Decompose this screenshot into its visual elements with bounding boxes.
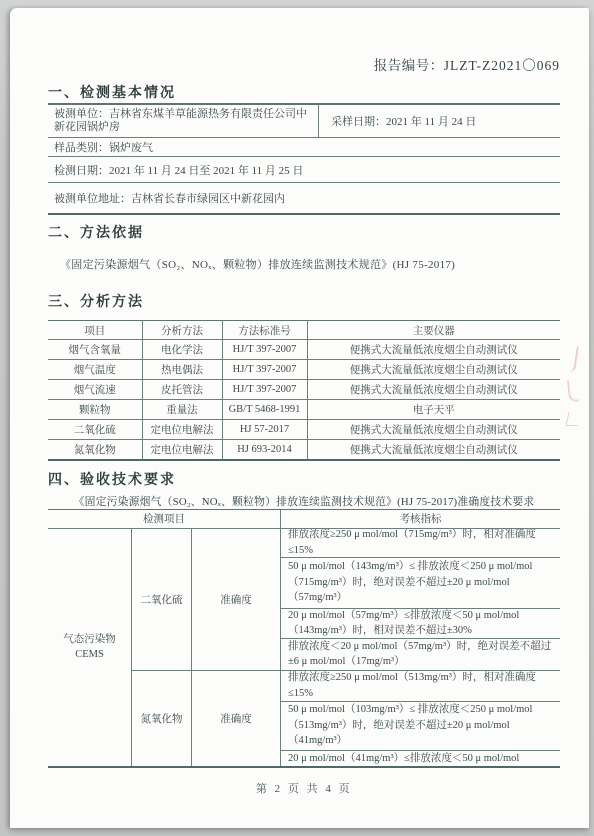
cell-standard: HJ/T 397-2007 xyxy=(222,340,307,360)
col-header-standard: 方法标准号 xyxy=(222,321,307,340)
tested-unit-label: 被测单位： xyxy=(54,108,109,120)
unit-address-label: 被测单位地址： xyxy=(54,190,131,206)
section-1-title: 一、检测基本情况 xyxy=(48,82,560,100)
cell-item: 二氧化硫 xyxy=(48,420,142,440)
scanned-report-page: { "page": { "report_no_label": "报告编号：", … xyxy=(0,0,594,836)
col-header-index: 考核指标 xyxy=(281,510,560,528)
sample-type-value: 锅炉废气 xyxy=(109,139,153,155)
sampling-date-label: 采样日期： xyxy=(331,113,386,129)
cell-item: 烟气温度 xyxy=(48,360,142,380)
table-header-row: 检测项目 考核指标 xyxy=(48,510,560,529)
table-body: 气态污染物 CEMS 二氧化硫 准确度 排放浓度≥250 μ mol/mol（7… xyxy=(48,529,560,766)
nox-metric-cell: 准确度 xyxy=(192,671,281,766)
section-3-title: 三、分析方法 xyxy=(48,291,560,309)
cell-method: 重量法 xyxy=(142,400,222,420)
cell-method: 皮托管法 xyxy=(142,380,222,400)
group-label-line2: CEMS xyxy=(75,647,104,662)
analysis-method-table: 项目 分析方法 方法标准号 主要仪器 烟气含氧量 电化学法 HJ/T 397-2… xyxy=(48,320,560,461)
report-number-line: 报告编号：JLZT-Z2021〇069 xyxy=(48,54,560,72)
cell-instrument: 便携式大流量低浓度烟尘自动测试仪 xyxy=(307,380,560,400)
section-2-title: 二、方法依据 xyxy=(48,222,560,240)
unit-address-value: 吉林省长春市绿园区中新花园内 xyxy=(131,190,285,206)
sampling-date-value: 2021 年 11 月 24 日 xyxy=(386,113,476,129)
cell-standard: HJ 57-2017 xyxy=(222,420,307,440)
acceptance-table: 检测项目 考核指标 气态污染物 CEMS 二氧化硫 准确度 排放浓度≥250 μ… xyxy=(48,509,560,768)
red-margin-mark xyxy=(568,346,579,373)
cell-instrument: 便携式大流量低浓度烟尘自动测试仪 xyxy=(307,340,560,360)
document-page: 报告编号：JLZT-Z2021〇069 一、检测基本情况 被测单位：吉林省东煤羊… xyxy=(10,8,589,828)
cell-standard: HJ 693-2014 xyxy=(222,440,307,460)
so2-criteria: 排放浓度≥250 μ mol/mol（715mg/m³）时，相对准确度≤15% … xyxy=(281,529,560,670)
pollutant-group-cell: 气态污染物 CEMS xyxy=(48,529,132,766)
cell-method: 定电位电解法 xyxy=(142,420,222,440)
red-margin-mark xyxy=(566,412,581,426)
tested-unit-cell: 被测单位：吉林省东煤羊草能源热务有限责任公司中新花园锅炉房 xyxy=(48,106,318,137)
table-row: 被测单位地址：吉林省长春市绿园区中新花园内 xyxy=(48,183,560,213)
test-date-value: 2021 年 11 月 24 日至 2021 年 11 月 25 日 xyxy=(109,162,303,178)
col-header-item: 项目 xyxy=(48,321,142,340)
basic-info-table: 被测单位：吉林省东煤羊草能源热务有限责任公司中新花园锅炉房 采样日期：2021 … xyxy=(48,103,560,215)
group-rows: 二氧化硫 准确度 排放浓度≥250 μ mol/mol（715mg/m³）时，相… xyxy=(132,529,560,766)
cell-standard: HJ/T 397-2007 xyxy=(222,360,307,380)
cell-standard: HJ/T 397-2007 xyxy=(222,380,307,400)
criterion-cell: 20 μ mol/mol（57mg/m³）≤排放浓度＜50 μ mol/mol（… xyxy=(281,609,560,639)
cell-instrument: 便携式大流量低浓度烟尘自动测试仪 xyxy=(307,420,560,440)
sample-type-label: 样品类别： xyxy=(54,139,109,155)
nox-group-row: 氮氧化物 准确度 排放浓度≥250 μ mol/mol（513mg/m³）时，相… xyxy=(132,671,560,766)
cell-method: 电化学法 xyxy=(142,340,222,360)
so2-metric-cell: 准确度 xyxy=(192,529,281,670)
cell-item: 氮氧化物 xyxy=(48,440,142,460)
table-row: 烟气流速 皮托管法 HJ/T 397-2007 便携式大流量低浓度烟尘自动测试仪 xyxy=(48,380,560,400)
col-header-instrument: 主要仪器 xyxy=(307,321,560,340)
col-header-method: 分析方法 xyxy=(142,321,222,340)
report-number-label: 报告编号： xyxy=(374,58,444,73)
table-row: 烟气含氧量 电化学法 HJ/T 397-2007 便携式大流量低浓度烟尘自动测试… xyxy=(48,340,560,360)
cell-item: 烟气流速 xyxy=(48,380,142,400)
table-header-row: 项目 分析方法 方法标准号 主要仪器 xyxy=(48,321,560,340)
cell-instrument: 电子天平 xyxy=(307,400,560,420)
criterion-cell: 排放浓度≥250 μ mol/mol（715mg/m³）时，相对准确度≤15% xyxy=(281,529,560,558)
acceptance-subtitle: 《固定污染源烟气（SO₂、NOₓ、颗粒物）排放连续监测技术规范》(HJ 75-2… xyxy=(48,494,560,508)
cell-item: 烟气含氧量 xyxy=(48,340,142,360)
nox-criteria: 排放浓度≥250 μ mol/mol（513mg/m³）时，相对准确度≤15% … xyxy=(281,671,560,766)
cell-method: 热电偶法 xyxy=(142,360,222,380)
sampling-date-cell: 采样日期：2021 年 11 月 24 日 xyxy=(318,105,560,137)
table-row: 被测单位：吉林省东煤羊草能源热务有限责任公司中新花园锅炉房 采样日期：2021 … xyxy=(48,105,560,138)
table-row: 二氧化硫 定电位电解法 HJ 57-2017 便携式大流量低浓度烟尘自动测试仪 xyxy=(48,420,560,440)
so2-name-cell: 二氧化硫 xyxy=(132,529,192,670)
test-date-label: 检测日期： xyxy=(54,162,109,178)
nox-name-cell: 氮氧化物 xyxy=(132,671,192,766)
report-number-value: JLZT-Z2021〇069 xyxy=(444,58,560,73)
table-row: 样品类别：锅炉废气 xyxy=(48,138,560,157)
page-content: 报告编号：JLZT-Z2021〇069 一、检测基本情况 被测单位：吉林省东煤羊… xyxy=(48,8,560,796)
cell-instrument: 便携式大流量低浓度烟尘自动测试仪 xyxy=(307,360,560,380)
table-row: 氮氧化物 定电位电解法 HJ 693-2014 便携式大流量低浓度烟尘自动测试仪 xyxy=(48,440,560,460)
table-row: 烟气温度 热电偶法 HJ/T 397-2007 便携式大流量低浓度烟尘自动测试仪 xyxy=(48,360,560,380)
cell-method: 定电位电解法 xyxy=(142,440,222,460)
criterion-cell: 排放浓度≥250 μ mol/mol（513mg/m³）时，相对准确度≤15% xyxy=(281,671,560,702)
table-row: 颗粒物 重量法 GB/T 5468-1991 电子天平 xyxy=(48,400,560,420)
cell-instrument: 便携式大流量低浓度烟尘自动测试仪 xyxy=(307,440,560,460)
criterion-cell: 排放浓度＜20 μ mol/mol（57mg/m³）时，绝对误差不超过±6 μ … xyxy=(281,639,560,670)
so2-group-row: 二氧化硫 准确度 排放浓度≥250 μ mol/mol（715mg/m³）时，相… xyxy=(132,529,560,671)
cell-standard: GB/T 5468-1991 xyxy=(222,400,307,420)
cell-item: 颗粒物 xyxy=(48,400,142,420)
red-margin-mark xyxy=(567,380,579,403)
section-4-title: 四、验收技术要求 xyxy=(48,469,560,487)
col-header-project: 检测项目 xyxy=(48,510,281,528)
table-row: 检测日期：2021 年 11 月 24 日至 2021 年 11 月 25 日 xyxy=(48,157,560,183)
page-number: 第 2 页 共 4 页 xyxy=(48,780,560,796)
method-basis-text: 《固定污染源烟气（SO₂、NOₓ、颗粒物）排放连续监测技术规范》(HJ 75-2… xyxy=(48,256,560,272)
criterion-cell: 50 μ mol/mol（143mg/m³）≤ 排放浓度＜250 μ mol/m… xyxy=(281,558,560,609)
criterion-cell-truncated: 20 μ mol/mol（41mg/m³）≤排放浓度＜50 μ mol/mol xyxy=(281,751,560,766)
group-label-line1: 气态污染物 xyxy=(63,632,116,647)
criterion-cell: 50 μ mol/mol（103mg/m³）≤ 排放浓度＜250 μ mol/m… xyxy=(281,702,560,751)
